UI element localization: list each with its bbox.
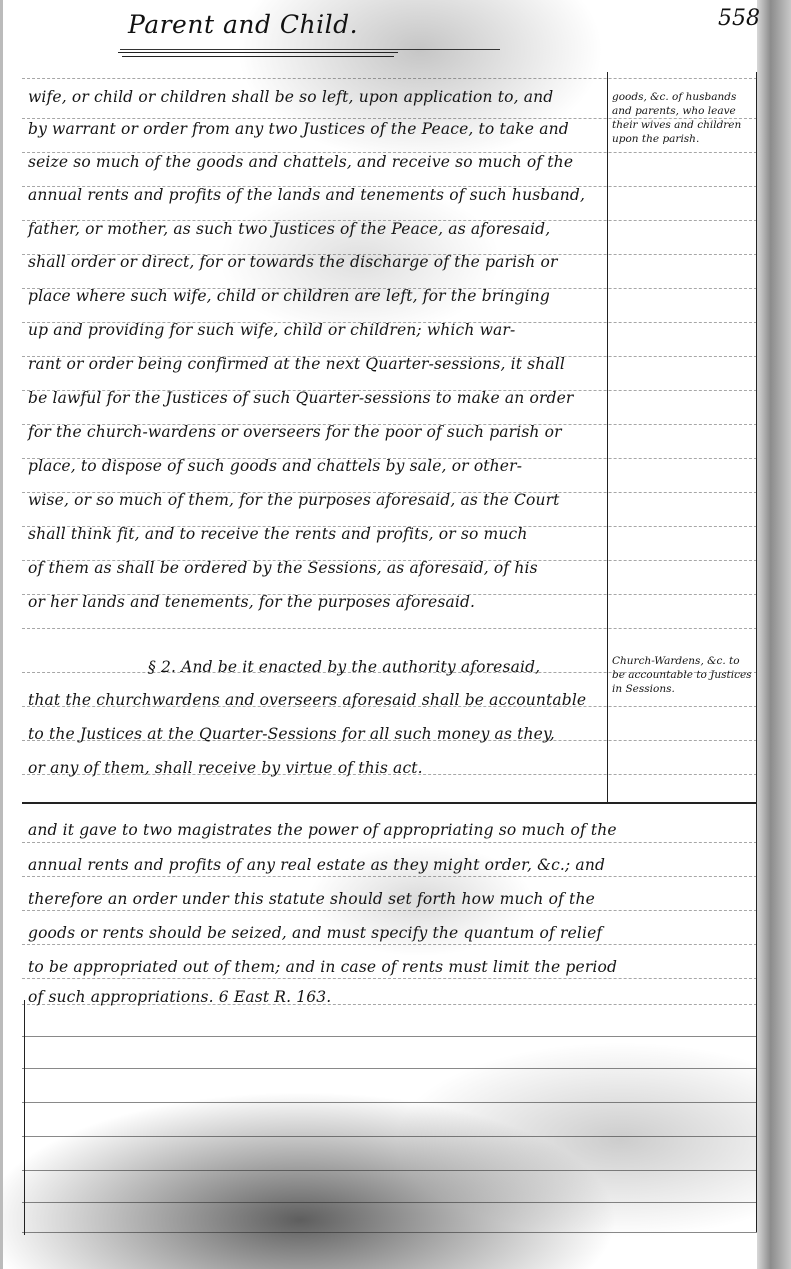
text-line: shall order or direct, for or towards th… [28,247,608,277]
page-left-edge [0,0,3,1269]
text-line: wise, or so much of them, for the purpos… [28,485,608,515]
ruled-line [22,1036,757,1037]
margin-note-line: and parents, who leave [612,104,758,118]
right-border-rule [756,72,757,1232]
section-divider [22,802,757,804]
text-line: rant or order being confirmed at the nex… [28,349,608,379]
margin-note-line: in Sessions. [612,682,758,696]
margin-note-line: upon the parish. [612,132,758,146]
title-underline [118,52,398,53]
margin-note-church-wardens: Church-Wardens, &c. to be accountable to… [612,654,758,696]
ruled-line [22,78,757,79]
citation-line: of such appropriations. 6 East R. 163. [28,982,758,1012]
text-line: father, or mother, as such two Justices … [28,214,608,244]
title-rule [120,49,500,50]
text-line: wife, or child or children shall be so l… [28,82,608,112]
text-line: or any of them, shall receive by virtue … [28,753,608,783]
margin-note-line: their wives and children [612,118,758,132]
text-line: be lawful for the Justices of such Quart… [28,383,608,413]
ruled-line [22,1232,757,1233]
text-line: shall think fit, and to receive the rent… [28,519,608,549]
margin-note-line: Church-Wardens, &c. to [612,654,758,668]
title-double-underline [122,56,394,57]
ruled-line [22,1136,757,1137]
manuscript-page: Parent and Child. 558 wife, or child or … [0,0,791,1269]
margin-note-line: goods, &c. of husbands [612,90,758,104]
text-line: to be appropriated out of them; and in c… [28,952,758,982]
text-line: or her lands and tenements, for the purp… [28,587,608,617]
page-title: Parent and Child. [128,10,358,39]
margin-note-line: be accountable to Justices [612,668,758,682]
page-right-edge-shadow [757,0,791,1269]
ruled-line [22,1068,757,1069]
text-line: place, to dispose of such goods and chat… [28,451,608,481]
text-line: annual rents and profits of any real est… [28,850,758,880]
text-line: and it gave to two magistrates the power… [28,815,758,845]
text-line: seize so much of the goods and chattels,… [28,147,608,177]
text-line: for the church-wardens or overseers for … [28,417,608,447]
page-number: 558 [718,6,760,31]
text-line: goods or rents should be seized, and mus… [28,918,758,948]
left-border-rule [24,1000,25,1235]
text-line: to the Justices at the Quarter-Sessions … [28,719,608,749]
section-heading-line: § 2. And be it enacted by the authority … [148,652,608,682]
text-line: annual rents and profits of the lands an… [28,180,608,210]
text-line: therefore an order under this statute sh… [28,884,758,914]
ruled-line [22,1202,757,1203]
text-line: by warrant or order from any two Justice… [28,114,608,144]
ruled-line [22,1170,757,1171]
text-line: that the churchwardens and overseers afo… [28,685,608,715]
text-line: place where such wife, child or children… [28,281,608,311]
ruled-line [22,1102,757,1103]
text-line: of them as shall be ordered by the Sessi… [28,553,608,583]
text-line: up and providing for such wife, child or… [28,315,608,345]
ruled-line [22,628,757,629]
margin-note-husbands-parents: goods, &c. of husbands and parents, who … [612,90,758,146]
